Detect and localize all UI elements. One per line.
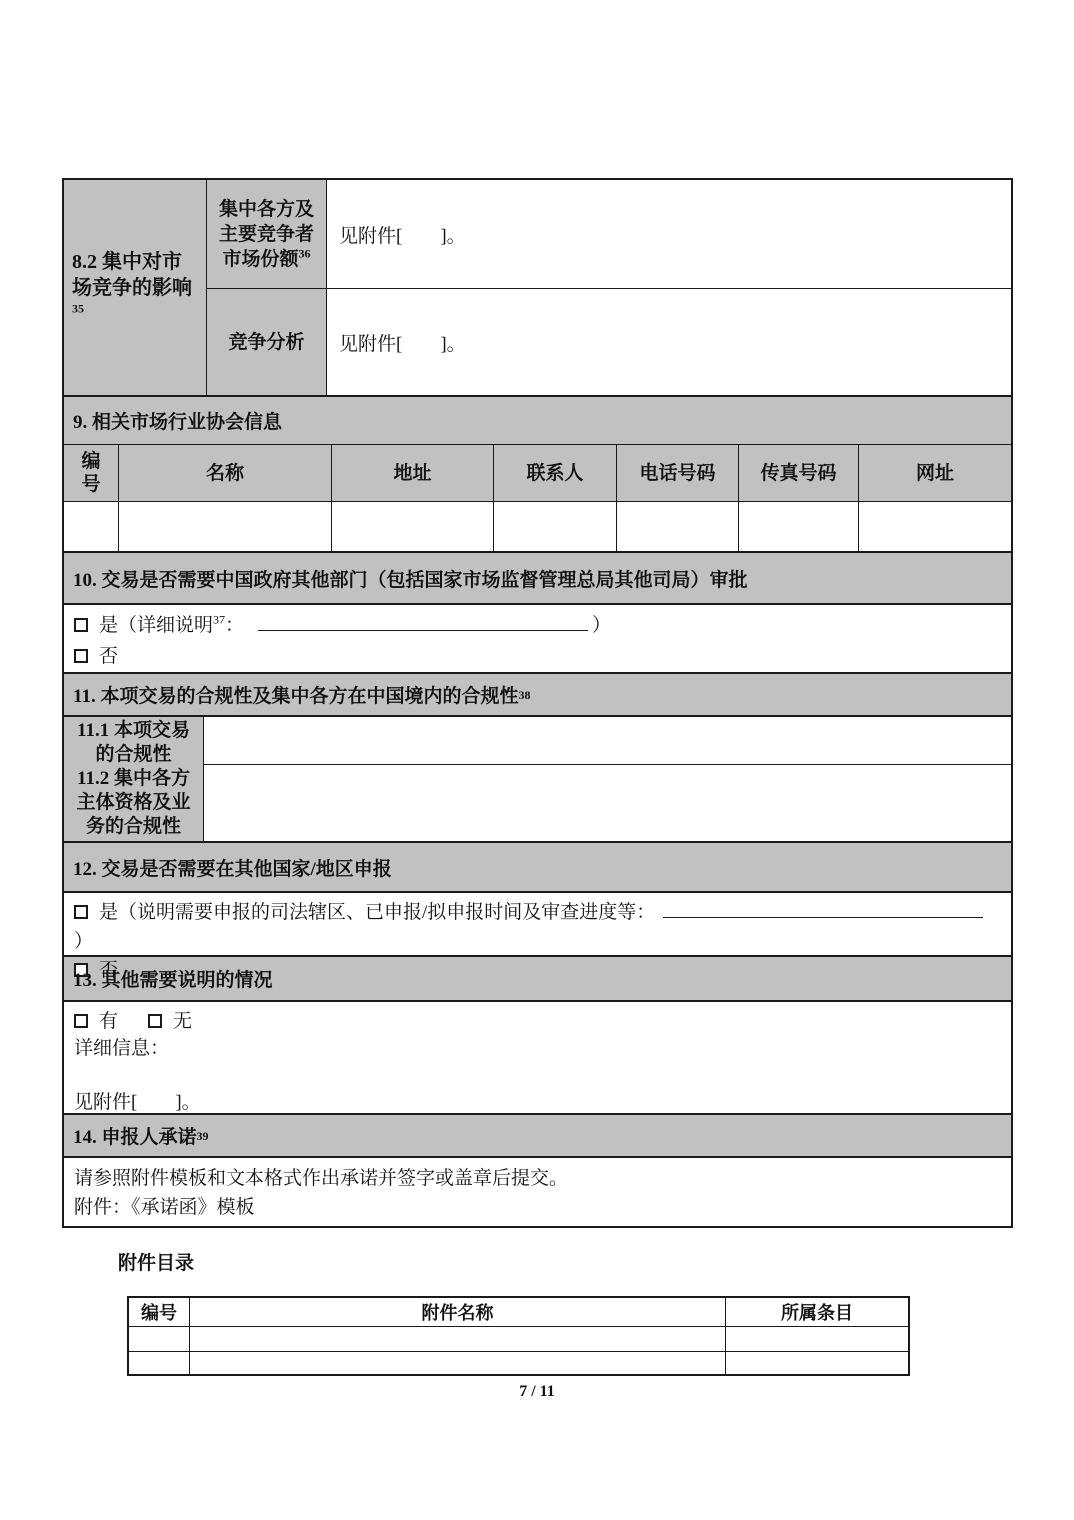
- attachment-table-header: 编号 附件名称 所属条目: [129, 1298, 908, 1326]
- competition-analysis-value-cell: 见附件[ ]。: [327, 289, 1011, 395]
- fax-cell[interactable]: [739, 502, 859, 551]
- parties-compliance-value-cell[interactable]: [204, 765, 1011, 841]
- approval-detail-blank-field[interactable]: [258, 610, 588, 631]
- phone-cell[interactable]: [617, 502, 739, 551]
- attachment-number-cell[interactable]: [129, 1352, 190, 1374]
- approval-no-label: 否: [99, 646, 118, 667]
- column-header-name: 名称: [119, 445, 332, 502]
- transaction-compliance-label: 11.1 本项交易的合规性: [64, 717, 204, 769]
- attachment-directory-table: 编号 附件名称 所属条目: [127, 1296, 910, 1376]
- section-10-title: 10. 交易是否需要中国政府其他部门（包括国家市场监督管理总局其他司局）审批: [73, 565, 748, 592]
- market-share-value-cell: 见附件[ ]。: [327, 180, 1011, 289]
- section-11-1-row: 11.1 本项交易的合规性: [64, 717, 1011, 765]
- section-8-2-row: 8.2 集中对市场竞争的影响35 集中各方及主要竞争者市场份额36 见附件[ ]…: [64, 180, 1011, 395]
- other-matters-no-label: 无: [173, 1011, 192, 1032]
- section-12-header: 12. 交易是否需要在其他国家/地区申报: [64, 841, 1011, 893]
- approval-yes-colon: ：: [225, 615, 244, 636]
- approval-yes-checkbox[interactable]: [74, 618, 88, 632]
- column-header-address: 地址: [332, 445, 494, 502]
- attachment-related-item-cell[interactable]: [726, 1352, 908, 1374]
- market-share-attachment-ref: 见附件[ ]。: [339, 221, 466, 248]
- approval-no-line: 否: [74, 641, 1001, 672]
- attachment-number-cell[interactable]: [129, 1327, 190, 1351]
- association-table-header: 编 号 名称 地址 联系人 电话号码 传真号码 网址: [64, 445, 1011, 502]
- attachment-table-row: [129, 1326, 908, 1351]
- foreign-filing-yes-label: 是（说明需要申报的司法辖区、已申报/拟申报时间及审查进度等：: [99, 902, 655, 923]
- approval-yes-line: 是（详细说明37：）: [74, 610, 1001, 641]
- attachment-related-item-cell[interactable]: [726, 1327, 908, 1351]
- footnote-35: 35: [72, 301, 84, 315]
- section-11-2-row: 11.2 集中各方主体资格及业务的合规性: [64, 765, 1011, 841]
- foreign-filing-yes-line: 是（说明需要申报的司法辖区、已申报/拟申报时间及审查进度等：）: [74, 897, 1001, 956]
- column-header-number: 编 号: [64, 445, 119, 502]
- competition-analysis-label: 竞争分析: [228, 330, 304, 355]
- name-cell[interactable]: [119, 502, 332, 551]
- column-header-contact: 联系人: [494, 445, 617, 502]
- approval-yes-close-paren: ）: [592, 615, 611, 636]
- footnote-36: 36: [299, 246, 311, 260]
- section-14-header: 14. 申报人承诺39: [64, 1113, 1011, 1158]
- document-page: 8.2 集中对市场竞争的影响35 集中各方及主要竞争者市场份额36 见附件[ ]…: [0, 0, 1074, 1520]
- foreign-filing-yes-close-paren: ）: [74, 931, 93, 952]
- attachment-column-number: 编号: [129, 1298, 190, 1326]
- section-14-body: 请参照附件模板和文本格式作出承诺并签字或盖章后提交。 附件：《承诺函》模板: [64, 1158, 1011, 1226]
- page-number: 7 / 11: [0, 1383, 1074, 1401]
- other-matters-attachment-ref: 见附件[ ]。: [74, 1089, 1001, 1116]
- attachment-column-name: 附件名称: [190, 1298, 726, 1326]
- approval-no-checkbox[interactable]: [74, 649, 88, 663]
- website-cell[interactable]: [859, 502, 1011, 551]
- column-header-fax: 传真号码: [739, 445, 859, 502]
- section-9-header: 9. 相关市场行业协会信息: [64, 395, 1011, 445]
- attachment-column-related-item: 所属条目: [726, 1298, 908, 1326]
- section-11-header: 11. 本项交易的合规性及集中各方在中国境内的合规性38: [64, 672, 1011, 717]
- other-matters-yes-label: 有: [99, 1011, 118, 1032]
- attachment-table-row: [129, 1351, 908, 1374]
- section-10-body: 是（详细说明37：） 否: [64, 605, 1011, 672]
- transaction-compliance-value-cell[interactable]: [204, 717, 1011, 769]
- commitment-instruction-line: 请参照附件模板和文本格式作出承诺并签字或盖章后提交。: [74, 1164, 1001, 1193]
- competition-analysis-attachment-ref: 见附件[ ]。: [339, 329, 466, 356]
- section-13-header: 13. 其他需要说明的情况: [64, 955, 1011, 1002]
- other-matters-yes-checkbox[interactable]: [74, 1014, 88, 1028]
- market-share-label-cell: 集中各方及主要竞争者市场份额36: [207, 180, 327, 289]
- section-11-title: 11. 本项交易的合规性及集中各方在中国境内的合规性: [73, 681, 518, 708]
- address-cell[interactable]: [332, 502, 494, 551]
- footnote-37: 37: [213, 613, 225, 627]
- section-8-2-label-cell: 8.2 集中对市场竞争的影响35: [64, 180, 207, 395]
- number-cell[interactable]: [64, 502, 119, 551]
- section-12-body: 是（说明需要申报的司法辖区、已申报/拟申报时间及审查进度等：） 否: [64, 893, 1011, 955]
- detail-info-blank-line[interactable]: [74, 1062, 1001, 1089]
- other-matters-options-line: 有无: [74, 1008, 1001, 1035]
- commitment-attachment-line: 附件：《承诺函》模板: [74, 1193, 1001, 1222]
- attachment-name-cell[interactable]: [190, 1352, 726, 1374]
- column-header-phone: 电话号码: [617, 445, 739, 502]
- section-14-title: 14. 申报人承诺: [73, 1122, 197, 1149]
- merger-notification-form-table: 8.2 集中对市场竞争的影响35 集中各方及主要竞争者市场份额36 见附件[ ]…: [62, 178, 1013, 1228]
- attachment-name-cell[interactable]: [190, 1327, 726, 1351]
- other-matters-no-checkbox[interactable]: [148, 1014, 162, 1028]
- foreign-filing-yes-checkbox[interactable]: [74, 905, 88, 919]
- section-10-header: 10. 交易是否需要中国政府其他部门（包括国家市场监督管理总局其他司局）审批: [64, 551, 1011, 605]
- section-8-2-label: 8.2 集中对市场竞争的影响: [72, 251, 192, 299]
- foreign-filing-detail-blank-field[interactable]: [663, 897, 983, 918]
- column-header-website: 网址: [859, 445, 1011, 502]
- section-13-title: 13. 其他需要说明的情况: [73, 965, 273, 992]
- section-12-title: 12. 交易是否需要在其他国家/地区申报: [73, 854, 392, 881]
- competition-analysis-label-cell: 竞争分析: [207, 289, 327, 395]
- contact-cell[interactable]: [494, 502, 617, 551]
- approval-yes-label: 是（详细说明: [99, 615, 213, 636]
- parties-compliance-label: 11.2 集中各方主体资格及业务的合规性: [64, 765, 204, 841]
- detail-info-label: 详细信息：: [74, 1035, 1001, 1062]
- section-13-body: 有无 详细信息： 见附件[ ]。: [64, 1002, 1011, 1113]
- attachment-directory-title: 附件目录: [118, 1248, 194, 1275]
- association-table-row: [64, 502, 1011, 551]
- section-9-title: 9. 相关市场行业协会信息: [73, 407, 282, 434]
